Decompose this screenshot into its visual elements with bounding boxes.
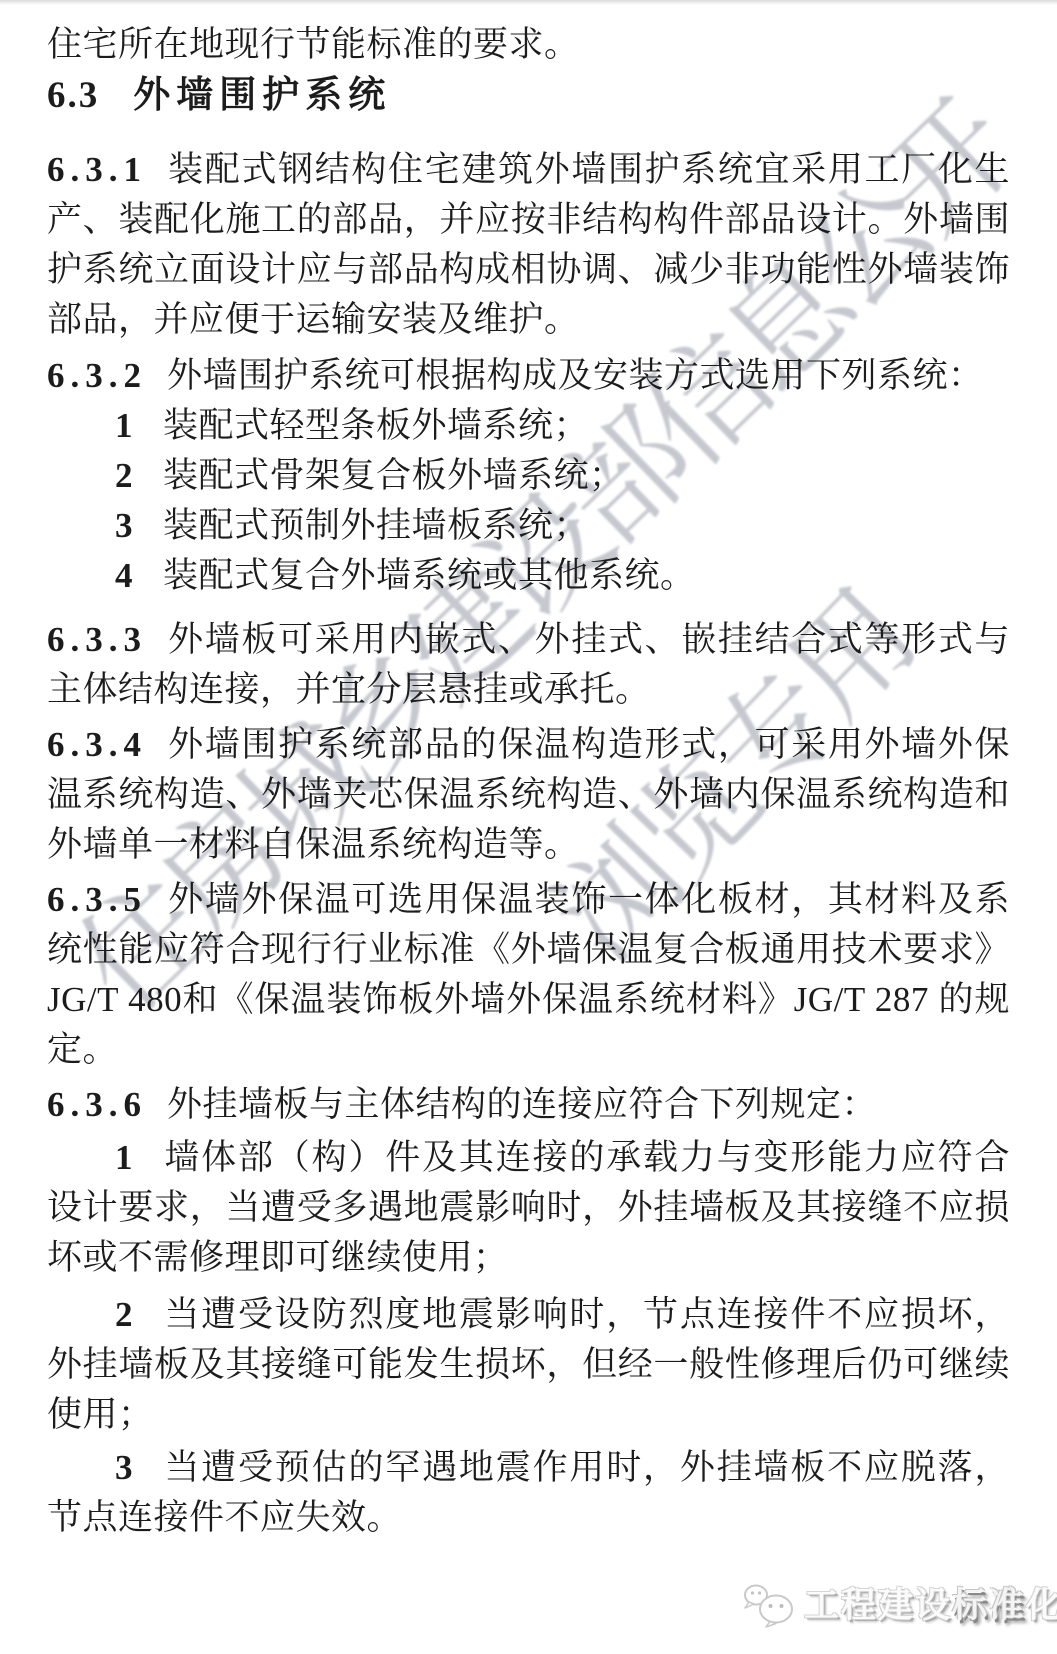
list-item: 3装配式预制外挂墙板系统； [47,501,1010,551]
footer-logo-text: 工程建设标准化 [804,1583,1057,1629]
clause-number: 6.3.2 [47,356,147,395]
intro-text: 住宅所在地现行节能标准的要求。 [47,25,580,64]
list-item: 1墙体部（构）件及其连接的承载力与变形能力应符合设计要求，当遭受多遇地震影响时，… [47,1133,1010,1283]
item-number: 4 [115,556,133,595]
item-text: 当遭受预估的罕遇地震作用时，外挂墙板不应脱落，节点连接件不应失效。 [47,1448,1010,1537]
section-title: 外墙围护系统 [133,74,391,115]
document-content: 住宅所在地现行节能标准的要求。 6.3外墙围护系统 6.3.1装配式钢结构住宅建… [47,0,1010,1543]
item-number: 3 [115,1448,133,1487]
footer-logo-text-part1: 工程建设 [804,1586,952,1625]
clause-6-3-2: 6.3.2外墙围护系统可根据构成及安装方式选用下列系统： [47,351,1010,401]
section-heading: 6.3外墙围护系统 [47,70,1010,121]
clause-text: 装配式钢结构住宅建筑外墙围护系统宜采用工厂化生产、装配化施工的部品，并应按非结构… [47,150,1010,339]
clause-6-3-3: 6.3.3外墙板可采用内嵌式、外挂式、嵌挂结合式等形式与主体结构连接，并宜分层悬… [47,615,1010,715]
clause-number: 6.3.5 [47,880,147,919]
clause-number: 6.3.4 [47,725,147,764]
item-text: 装配式骨架复合板外墙系统； [163,456,625,495]
clause-text: 外墙外保温可选用保温装饰一体化板材，其材料及系统性能应符合现行行业标准《外墙保温… [47,880,1010,1069]
clause-text: 外墙围护系统可根据构成及安装方式选用下列系统： [167,356,984,395]
clause-6-3-5: 6.3.5外墙外保温可选用保温装饰一体化板材，其材料及系统性能应符合现行行业标准… [47,875,1010,1075]
footer-logo-text-part2: 标准 [952,1586,1026,1625]
clause-text: 外墙板可采用内嵌式、外挂式、嵌挂结合式等形式与主体结构连接，并宜分层悬挂或承托。 [47,620,1010,709]
list-item: 3当遭受预估的罕遇地震作用时，外挂墙板不应脱落，节点连接件不应失效。 [47,1443,1010,1543]
clause-text: 外墙围护系统部品的保温构造形式，可采用外墙外保温系统构造、外墙夹芯保温系统构造、… [47,725,1010,864]
item-text: 墙体部（构）件及其连接的承载力与变形能力应符合设计要求，当遭受多遇地震影响时，外… [47,1138,1010,1277]
clause-text: 外挂墙板与主体结构的连接应符合下列规定： [167,1085,877,1124]
list-item: 2装配式骨架复合板外墙系统； [47,451,1010,501]
clause-6-3-4: 6.3.4外墙围护系统部品的保温构造形式，可采用外墙外保温系统构造、外墙夹芯保温… [47,720,1010,870]
item-text: 装配式预制外挂墙板系统； [163,506,589,545]
clause-6-3-1: 6.3.1装配式钢结构住宅建筑外墙围护系统宜采用工厂化生产、装配化施工的部品，并… [47,145,1010,345]
item-text: 装配式轻型条板外墙系统； [163,406,589,445]
item-number: 2 [115,456,133,495]
clause-number: 6.3.3 [47,620,147,659]
clause-number: 6.3.6 [47,1085,147,1124]
intro-paragraph: 住宅所在地现行节能标准的要求。 [47,0,1010,70]
footer-logo-text-part3: 化 [1026,1586,1057,1625]
item-text: 当遭受设防烈度地震影响时，节点连接件不应损坏，外挂墙板及其接缝可能发生损坏，但经… [47,1295,1010,1434]
item-number: 3 [115,506,133,545]
clause-6-3-6: 6.3.6外挂墙板与主体结构的连接应符合下列规定： [47,1080,1010,1130]
item-number: 1 [115,1138,133,1177]
item-text: 装配式复合外墙系统或其他系统。 [163,556,696,595]
footer-logo: 工程建设标准化 [742,1583,1057,1629]
list-item: 1装配式轻型条板外墙系统； [47,401,1010,451]
document-page: 住房城乡建设部信息公开 浏览专用 住宅所在地现行节能标准的要求。 6.3外墙围护… [0,0,1057,1654]
item-number: 2 [115,1295,133,1334]
item-number: 1 [115,406,133,445]
section-number: 6.3 [47,75,99,116]
list-item: 2当遭受设防烈度地震影响时，节点连接件不应损坏，外挂墙板及其接缝可能发生损坏，但… [47,1290,1010,1440]
wechat-icon [742,1583,798,1629]
clause-number: 6.3.1 [47,150,147,189]
list-item: 4装配式复合外墙系统或其他系统。 [47,551,1010,601]
